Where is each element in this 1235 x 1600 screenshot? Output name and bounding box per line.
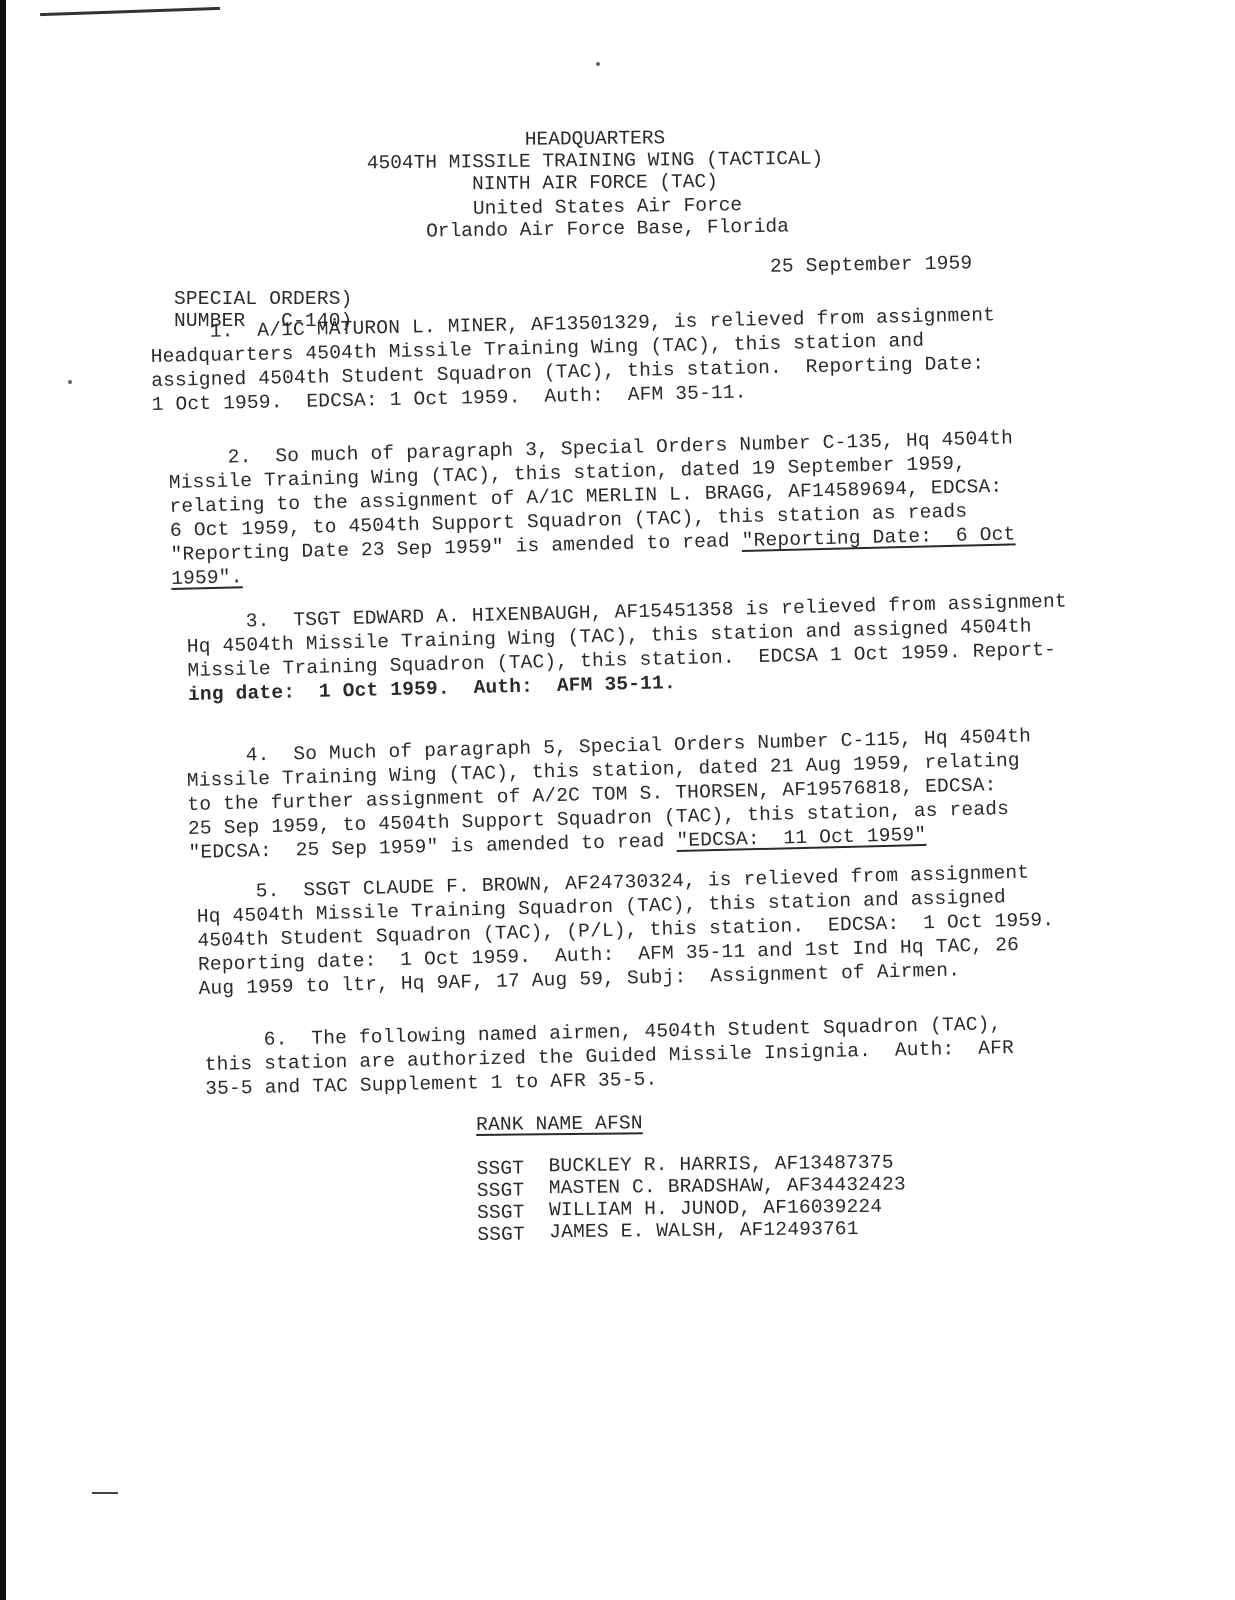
roster-name-afsn: JAMES E. WALSH, AF12493761 <box>549 1218 859 1243</box>
amended-text: "Reporting Date: 6 Oct <box>741 523 1015 552</box>
amended-text: 1959". <box>171 566 243 590</box>
roster-rank: SSGT <box>477 1179 525 1201</box>
scan-artifact-stroke <box>40 7 220 16</box>
scan-speck <box>596 62 600 66</box>
scan-artifact-stroke <box>92 1492 118 1494</box>
roster-rank: SSGT <box>476 1157 524 1179</box>
amended-text: "EDCSA: 11 Oct 1959" <box>676 824 926 852</box>
roster-heading: RANK NAME AFSN <box>476 1112 643 1136</box>
document-date: 25 September 1959 <box>770 252 973 278</box>
roster-rank: SSGT <box>477 1223 525 1245</box>
order-title-line: SPECIAL ORDERS) <box>174 288 353 310</box>
roster-rank: SSGT <box>477 1201 525 1223</box>
scan-speck <box>68 380 72 384</box>
